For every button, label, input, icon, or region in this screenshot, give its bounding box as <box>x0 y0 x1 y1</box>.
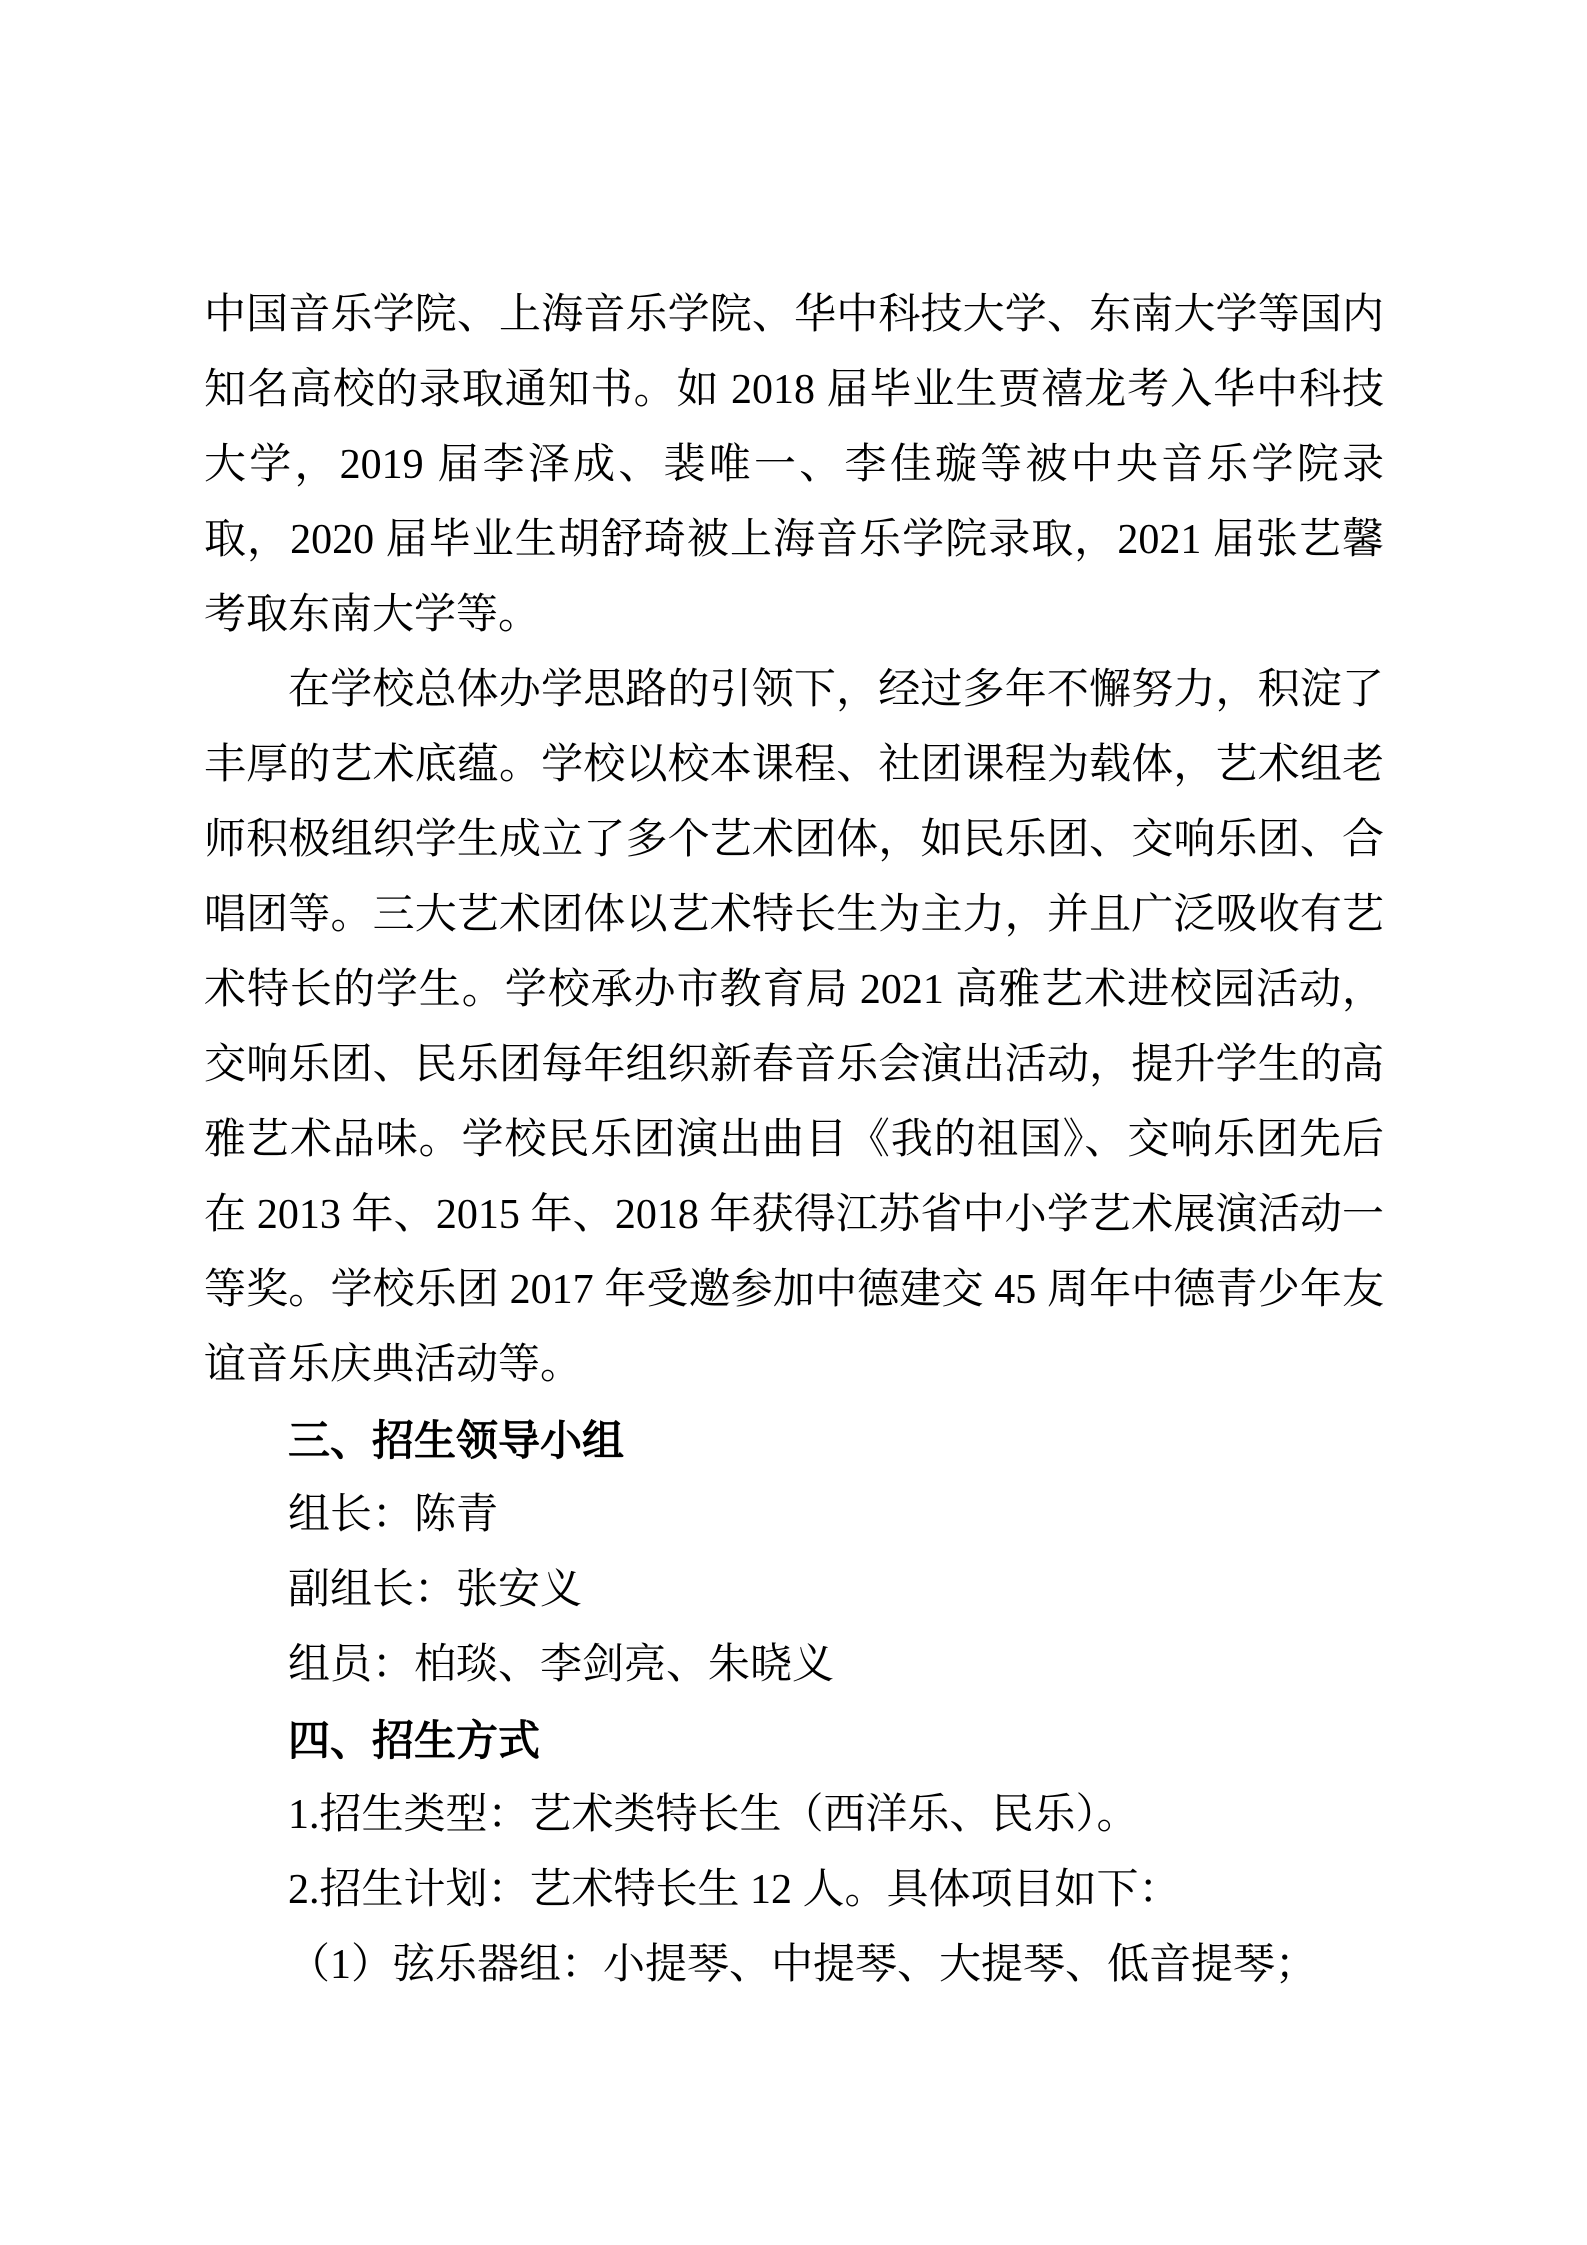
paragraph-art-heritage: 在学校总体办学思路的引领下，经过多年不懈努力，积淀了丰厚的艺术底蕴。学校以校本课… <box>204 653 1384 1403</box>
line-string-instrument-group: （1）弦乐器组：小提琴、中提琴、大提琴、低音提琴； <box>204 1928 1384 2003</box>
line-group-members: 组员：柏琰、李剑亮、朱晓义 <box>204 1628 1384 1703</box>
section-heading-recruitment-method: 四、招生方式 <box>204 1703 1384 1778</box>
section-heading-recruitment-leading-group: 三、招生领导小组 <box>204 1403 1384 1478</box>
line-recruitment-type: 1.招生类型：艺术类特长生（西洋乐、民乐）。 <box>204 1778 1384 1853</box>
line-recruitment-plan: 2.招生计划：艺术特长生 12 人。具体项目如下： <box>204 1853 1384 1928</box>
paragraph-university-admissions: 中国音乐学院、上海音乐学院、华中科技大学、东南大学等国内知名高校的录取通知书。如… <box>204 278 1384 653</box>
document-page: 中国音乐学院、上海音乐学院、华中科技大学、东南大学等国内知名高校的录取通知书。如… <box>0 0 1587 2245</box>
line-deputy-group-leader: 副组长：张安义 <box>204 1553 1384 1628</box>
line-group-leader: 组长：陈青 <box>204 1478 1384 1553</box>
